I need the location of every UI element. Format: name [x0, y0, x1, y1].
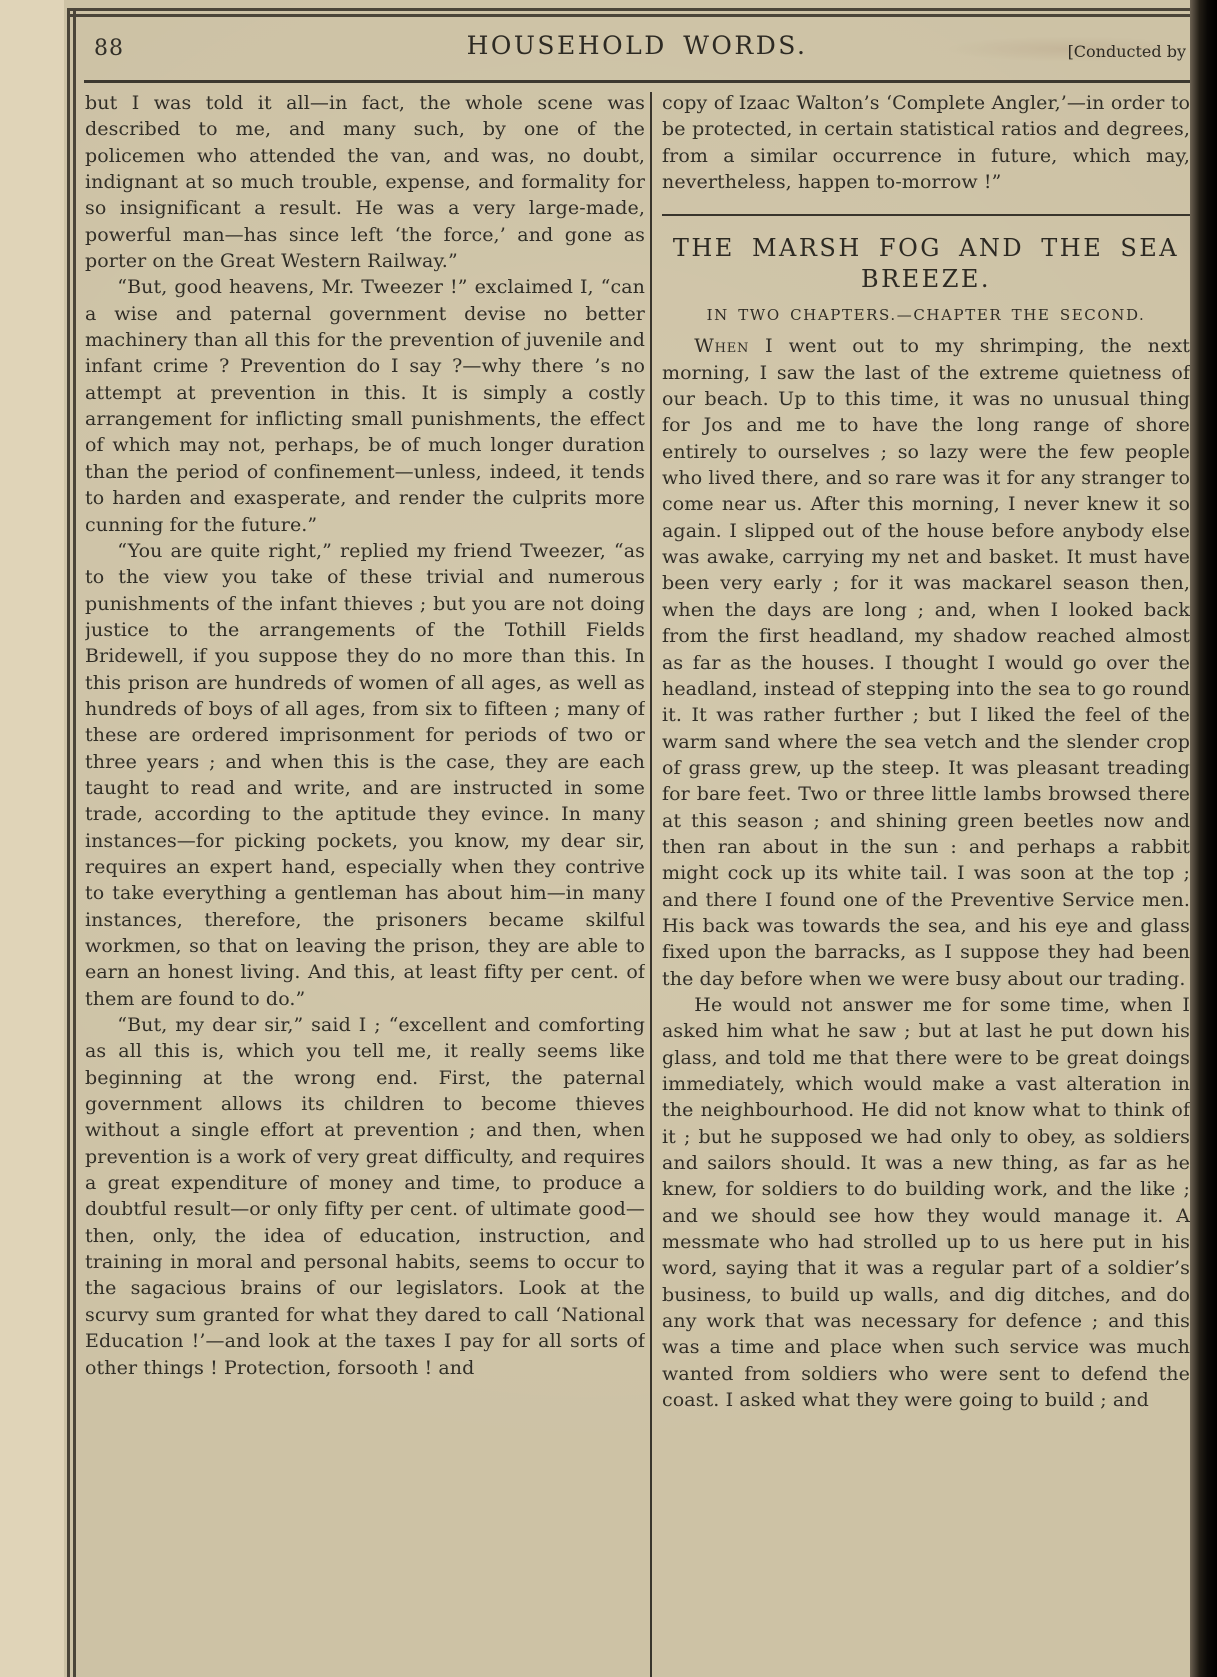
scan-edge-shadow — [1190, 0, 1217, 1677]
scanned-page: 88 HOUSEHOLD WORDS. [Conducted by but I … — [0, 0, 1217, 1677]
story-paragraph-1-text: I went out to my shrimping, the next mor… — [662, 335, 1190, 989]
text-columns: but I was told it all—in fact, the whole… — [85, 90, 1192, 1677]
article-title-line2: BREEZE. — [861, 265, 991, 293]
page-frame-left-rule — [67, 8, 76, 1677]
running-head-conducted-by: [Conducted by — [1068, 42, 1186, 61]
column-divider-rule — [650, 92, 652, 1677]
header-rule — [84, 80, 1192, 83]
article-title: THE MARSH FOG AND THE SEABREEZE. — [662, 233, 1190, 295]
page-frame-top-rule — [67, 8, 1198, 17]
article-chapter-line: IN TWO CHAPTERS.—CHAPTER THE SECOND. — [662, 306, 1190, 324]
left-paragraph-1: but I was told it all—in fact, the whole… — [85, 90, 645, 274]
story-lead-word: When — [694, 335, 749, 357]
paper-page: 88 HOUSEHOLD WORDS. [Conducted by but I … — [64, 0, 1198, 1677]
left-paragraph-4: “But, my dear sir,” said I ; “excellent … — [85, 1012, 645, 1381]
journal-masthead: HOUSEHOLD WORDS. — [84, 31, 1190, 60]
right-column: copy of Izaac Walton’s ‘Complete Angler,… — [662, 90, 1190, 1677]
left-paragraph-3: “You are quite right,” replied my friend… — [85, 538, 645, 1012]
left-column: but I was told it all—in fact, the whole… — [85, 90, 645, 1677]
left-paragraph-2: “But, good heavens, Mr. Tweezer !” excla… — [85, 274, 645, 537]
section-divider-rule — [662, 214, 1190, 216]
article-title-line1: THE MARSH FOG AND THE SEA — [673, 234, 1179, 262]
story-paragraph-2: He would not answer me for some time, wh… — [662, 992, 1190, 1414]
story-paragraph-1: When I went out to my shrimping, the nex… — [662, 333, 1190, 992]
previous-article-ending: copy of Izaac Walton’s ‘Complete Angler,… — [662, 90, 1190, 195]
